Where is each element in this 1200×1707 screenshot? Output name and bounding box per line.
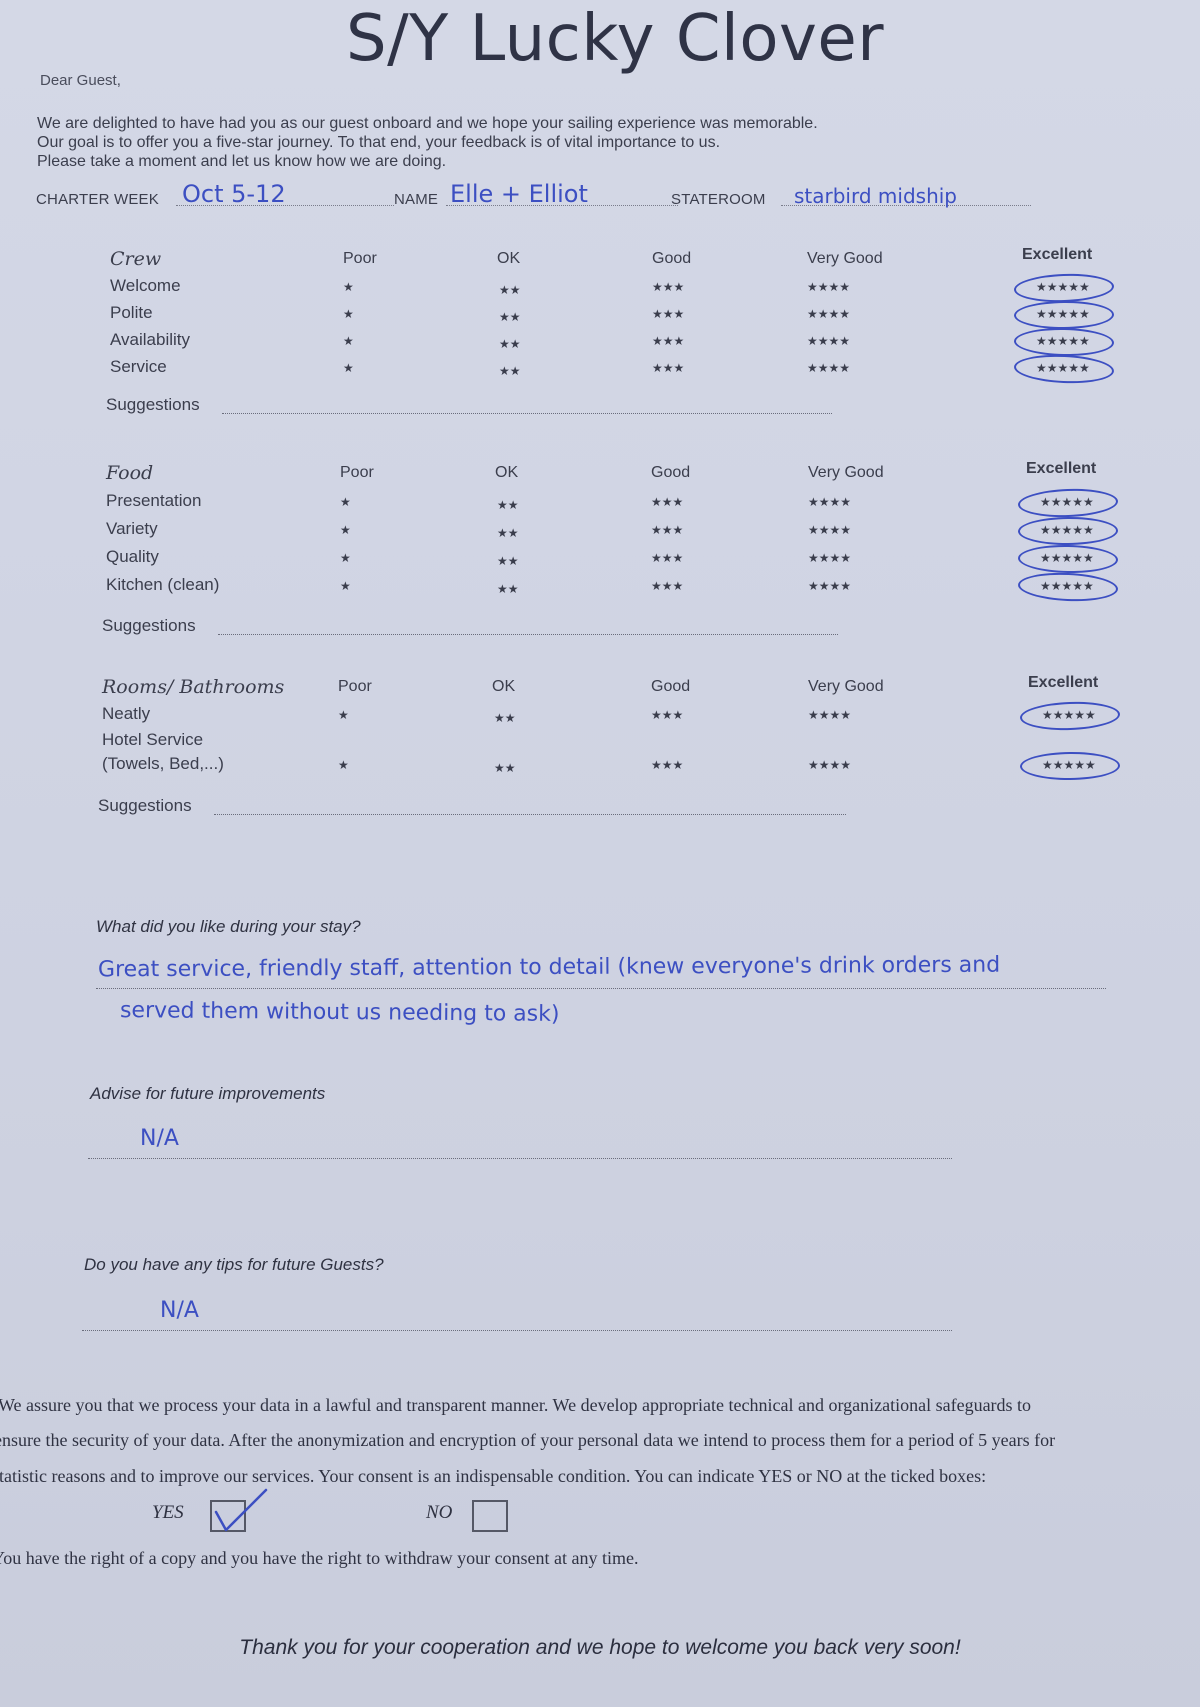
column-header-good: Good: [651, 464, 690, 482]
selected-rating-circle: [1014, 327, 1114, 357]
name-field[interactable]: Elle + Elliot: [450, 180, 588, 208]
yes-checkbox[interactable]: [210, 1500, 246, 1532]
intro-line: Our goal is to offer you a five-star jou…: [37, 133, 818, 152]
rating-option-1-stars[interactable]: ★: [343, 307, 354, 321]
rating-option-3-stars[interactable]: ★★★: [651, 551, 683, 565]
rating-option-3-stars[interactable]: ★★★: [651, 495, 683, 509]
rating-option-1-stars[interactable]: ★: [343, 280, 354, 294]
charter-week-field[interactable]: Oct 5-12: [182, 180, 286, 208]
rating-option-4-stars[interactable]: ★★★★: [808, 523, 851, 537]
liked-answer-text: Great service, friendly staff, attention…: [98, 953, 1000, 983]
column-header-poor: Poor: [340, 464, 374, 482]
column-header-good: Good: [651, 678, 690, 696]
rating-option-4-stars[interactable]: ★★★★: [808, 495, 851, 509]
column-header-ok: OK: [492, 678, 515, 696]
section-title: Crew: [110, 248, 161, 270]
rating-option-3-stars[interactable]: ★★★: [651, 708, 683, 722]
rating-option-2-stars[interactable]: ★★: [497, 526, 519, 540]
rating-option-3-stars[interactable]: ★★★: [651, 758, 683, 772]
selected-rating-circle: [1018, 487, 1119, 518]
rating-option-3-stars[interactable]: ★★★: [652, 361, 684, 375]
column-header-very-good: Very Good: [808, 678, 884, 696]
column-header-poor: Poor: [343, 250, 377, 268]
liked-answer-field[interactable]: [96, 988, 1106, 989]
rating-option-1-stars[interactable]: ★: [338, 708, 349, 722]
consent-text-line: statistic reasons and to improve our ser…: [0, 1466, 986, 1487]
improvements-answer-field[interactable]: [88, 1158, 952, 1159]
selected-rating-circle: [1014, 301, 1114, 330]
selected-rating-circle: [1013, 353, 1114, 385]
guest-info-row: Charter Week Oct 5-12 Name Elle + Elliot…: [36, 184, 1136, 214]
consent-text-line: ensure the security of your data. After …: [0, 1430, 1055, 1451]
selected-rating-circle: [1017, 571, 1118, 603]
column-header-excellent: Excellent: [1026, 460, 1096, 478]
section-title: Food: [106, 462, 153, 484]
intro-line: Please take a moment and let us know how…: [37, 152, 818, 171]
tips-answer-text: N/A: [160, 1298, 199, 1323]
selected-rating-circle: [1020, 752, 1120, 781]
row-label-detail: (Towels, Bed,...): [102, 754, 224, 774]
column-header-excellent: Excellent: [1028, 674, 1098, 692]
suggestions-label: Suggestions: [98, 796, 192, 816]
question-label: Do you have any tips for future Guests?: [84, 1255, 384, 1275]
row-label: Polite: [110, 303, 153, 323]
consent-rights-text: You have the right of a copy and you hav…: [0, 1548, 639, 1569]
rating-option-4-stars[interactable]: ★★★★: [808, 579, 851, 593]
rating-option-2-stars[interactable]: ★★: [497, 498, 519, 512]
column-header-ok: OK: [497, 250, 520, 268]
rating-option-3-stars[interactable]: ★★★: [652, 307, 684, 321]
rating-option-1-stars[interactable]: ★: [340, 551, 351, 565]
question-label: Advise for future improvements: [90, 1084, 325, 1104]
rating-option-4-stars[interactable]: ★★★★: [807, 307, 850, 321]
column-header-excellent: Excellent: [1022, 246, 1092, 264]
stateroom-label: Stateroom: [671, 191, 766, 208]
column-header-very-good: Very Good: [808, 464, 884, 482]
column-header-good: Good: [652, 250, 691, 268]
yes-label: YES: [152, 1502, 184, 1524]
rating-option-1-stars[interactable]: ★: [338, 758, 349, 772]
liked-answer-text: served them without us needing to ask): [120, 998, 560, 1027]
rating-option-2-stars[interactable]: ★★: [499, 337, 521, 351]
selected-rating-circle: [1018, 544, 1118, 574]
rating-option-2-stars[interactable]: ★★: [497, 582, 519, 596]
rating-option-4-stars[interactable]: ★★★★: [807, 334, 850, 348]
suggestions-label: Suggestions: [102, 616, 196, 636]
suggestions-label: Suggestions: [106, 395, 200, 415]
stateroom-field[interactable]: starbird midship: [794, 184, 957, 208]
rating-option-4-stars[interactable]: ★★★★: [808, 758, 851, 772]
suggestions-field[interactable]: [214, 814, 846, 815]
rating-option-1-stars[interactable]: ★: [340, 495, 351, 509]
section-title: Rooms/ Bathrooms: [102, 676, 284, 698]
charter-week-label: Charter Week: [36, 191, 159, 208]
rating-option-4-stars[interactable]: ★★★★: [807, 280, 850, 294]
row-label: Presentation: [106, 491, 201, 511]
rating-option-3-stars[interactable]: ★★★: [651, 579, 683, 593]
rating-option-2-stars[interactable]: ★★: [499, 310, 521, 324]
intro-line: We are delighted to have had you as our …: [37, 114, 818, 133]
column-header-poor: Poor: [338, 678, 372, 696]
rating-option-2-stars[interactable]: ★★: [499, 364, 521, 378]
rating-option-3-stars[interactable]: ★★★: [651, 523, 683, 537]
row-label: Service: [110, 357, 167, 377]
improvements-answer-text: N/A: [140, 1126, 179, 1151]
consent-text-line: We assure you that we process your data …: [0, 1395, 1031, 1416]
rating-option-1-stars[interactable]: ★: [343, 334, 354, 348]
rating-option-1-stars[interactable]: ★: [343, 361, 354, 375]
rating-option-4-stars[interactable]: ★★★★: [808, 551, 851, 565]
no-checkbox[interactable]: [472, 1500, 508, 1532]
rating-option-4-stars[interactable]: ★★★★: [807, 361, 850, 375]
row-label: Welcome: [110, 276, 181, 296]
selected-rating-circle: [1014, 272, 1115, 303]
greeting: Dear Guest,: [40, 72, 121, 89]
tips-answer-field[interactable]: [82, 1330, 952, 1331]
intro-paragraph: We are delighted to have had you as our …: [37, 114, 818, 171]
row-label: Quality: [106, 547, 159, 567]
row-label: Neatly: [102, 704, 150, 724]
row-label: Kitchen (clean): [106, 575, 219, 595]
rating-option-2-stars[interactable]: ★★: [494, 761, 516, 775]
column-header-ok: OK: [495, 464, 518, 482]
column-header-very-good: Very Good: [807, 250, 883, 268]
closing-message: Thank you for your cooperation and we ho…: [0, 1636, 1200, 1660]
row-label: Availability: [110, 330, 190, 350]
rating-option-2-stars[interactable]: ★★: [494, 711, 516, 725]
no-label: NO: [426, 1502, 452, 1524]
rating-option-1-stars[interactable]: ★: [340, 579, 351, 593]
suggestions-field[interactable]: [222, 413, 832, 414]
rating-option-2-stars[interactable]: ★★: [497, 554, 519, 568]
selected-rating-circle: [1020, 700, 1121, 731]
checkmark-icon: [210, 1486, 270, 1532]
rating-option-3-stars[interactable]: ★★★: [652, 280, 684, 294]
question-label: What did you like during your stay?: [96, 917, 361, 937]
document-title: S/Y Lucky Clover: [0, 2, 1200, 76]
rating-option-2-stars[interactable]: ★★: [499, 283, 521, 297]
row-label: Variety: [106, 519, 158, 539]
rating-option-1-stars[interactable]: ★: [340, 523, 351, 537]
rating-option-4-stars[interactable]: ★★★★: [808, 708, 851, 722]
selected-rating-circle: [1018, 517, 1118, 546]
row-label: Hotel Service: [102, 730, 203, 750]
rating-option-3-stars[interactable]: ★★★: [652, 334, 684, 348]
suggestions-field[interactable]: [218, 634, 838, 635]
name-label: Name: [394, 191, 438, 208]
